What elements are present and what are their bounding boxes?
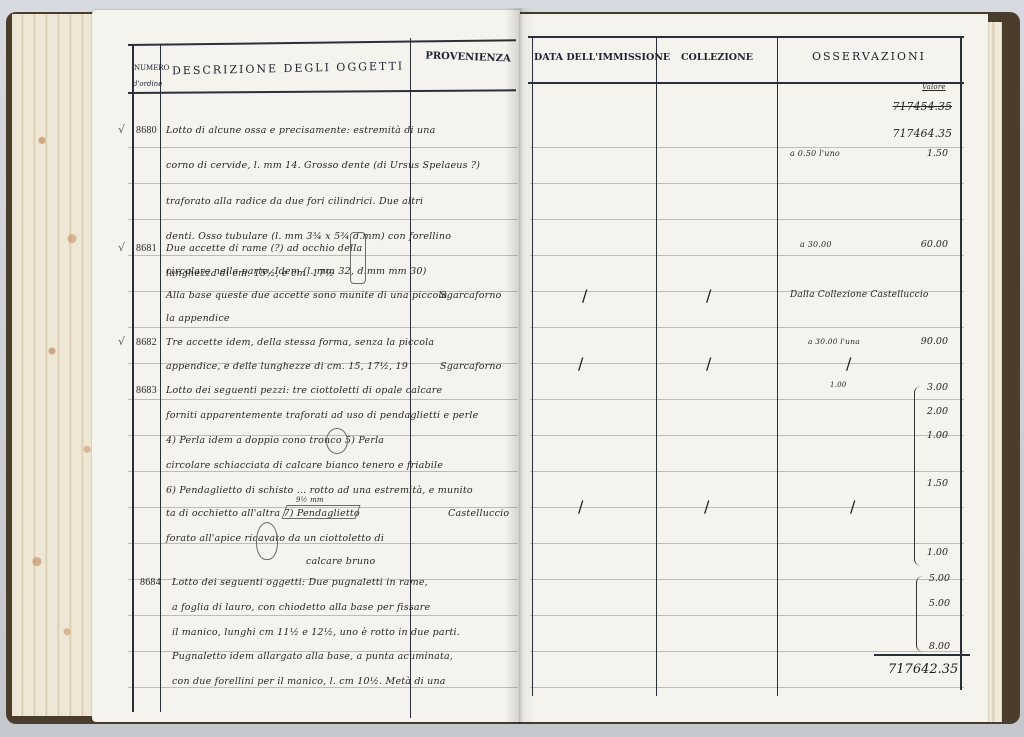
entry-line: Lotto dei seguenti pezzi: tre ciottolett… (166, 385, 442, 396)
check-mark: √ (118, 123, 125, 136)
entry-line: Lotto di alcune ossa e precisamente: est… (166, 125, 435, 136)
col-divider-collezione (656, 36, 657, 696)
check-mark: √ (118, 241, 125, 254)
row-amount: 1.00 (888, 547, 948, 558)
header-collezione: COLLEZIONE (658, 52, 776, 63)
entry-line: il manico, lunghi cm 11½ e 12½, uno è ro… (172, 627, 460, 638)
entry-line: 4) Perla idem a doppio cono tronco 5) Pe… (166, 435, 384, 446)
ditto-mark-data: / (578, 354, 583, 373)
entry-line: calcare bruno (306, 556, 375, 567)
carried-total-struck: 717454.35 (892, 100, 952, 113)
row-note: Dalla Collezione Castelluccio (790, 290, 929, 300)
header-d-ordine: d'ordine (133, 80, 161, 88)
entry-line: forniti apparentemente traforati ad uso … (166, 410, 478, 421)
entry-line: circolare schiacciata di calcare bianco … (166, 460, 443, 471)
entry-line: lunghezza di cm. 15½, e cm. 17½ (166, 268, 334, 279)
header-bottom-rule-right (528, 82, 964, 84)
entry-number: 8681 (136, 243, 157, 254)
col-divider-provenienza (410, 38, 411, 718)
header-data-immissione: DATA DELL'IMMISSIONE (534, 52, 654, 63)
entry-line: Lotto dei seguenti oggetti: Due pugnalet… (172, 577, 428, 588)
axe-sketch (350, 232, 366, 284)
row-note: a 30.00 l'una (808, 337, 860, 346)
row-note: a 0.50 l'uno (790, 149, 840, 158)
entry-line: la appendice (166, 313, 230, 324)
ditto-mark-collezione: / (706, 286, 711, 305)
entry-number: 8684 (140, 577, 161, 588)
check-mark: √ (118, 335, 125, 348)
entry-line: appendice, e delle lunghezze di cm. 15, … (166, 361, 408, 372)
grouping-brace (914, 386, 921, 566)
col-divider-numero (160, 44, 161, 712)
ditto-mark-collezione: / (706, 354, 711, 373)
left-outer-border (132, 44, 134, 712)
carried-total: 717464.35 (892, 127, 952, 140)
entry-line: traforato alla radice da due fori cilind… (166, 196, 423, 207)
header-numero: NUMERO (134, 64, 160, 72)
entry-line: Tre accette idem, della stessa forma, se… (166, 337, 434, 348)
row-amount: 90.00 (888, 336, 948, 347)
col-divider-osservazioni (777, 36, 778, 696)
ditto-mark-data: / (582, 286, 587, 305)
entry-number: 8680 (136, 125, 157, 136)
header-top-rule-right (528, 36, 964, 38)
entry-line: 6) Pendaglietto di schisto ... rotto ad … (166, 485, 473, 496)
pendant-drop-sketch (256, 522, 278, 560)
provenienza-value: Sgarcaforno (440, 361, 502, 372)
sketch-dimension-label: 9½ mm (296, 496, 324, 504)
entry-number: 8682 (136, 337, 157, 348)
ditto-mark-data: / (578, 497, 583, 516)
entry-line: a foglia di lauro, con chiodetto alla ba… (172, 602, 430, 613)
ditto-mark-osservazioni: / (850, 497, 855, 516)
entry-line: Pugnaletto idem allargato alla base, a p… (172, 651, 453, 662)
entry-line: Alla base queste due accette sono munite… (166, 290, 448, 301)
pendant-sketch (281, 505, 360, 519)
sum-rule (874, 654, 970, 656)
grouping-brace (916, 576, 923, 652)
col-divider-data (532, 36, 533, 696)
entry-line: corno di cervide, l. mm 14. Grosso dente… (166, 160, 480, 171)
entry-line: denti. Osso tubulare (l. mm 3¾ x 5¾ d.mm… (166, 231, 451, 242)
right-outer-border (960, 36, 962, 690)
entry-line: Due accette di rame (?) ad occhio della (166, 243, 362, 254)
bead-sketch (326, 428, 348, 454)
row-note: a 30.00 (800, 240, 832, 249)
entry-line: con due forellini per il manico, l. cm 1… (172, 676, 446, 687)
ditto-mark-osservazioni: / (846, 354, 851, 373)
ditto-mark-collezione: / (704, 497, 709, 516)
provenienza-value: Castelluccio (448, 508, 509, 519)
row-amount: 60.00 (888, 239, 948, 250)
header-osservazioni: OSSERVAZIONI (780, 50, 958, 63)
provenienza-value: Sgarcaforno (440, 290, 502, 301)
final-total: 717642.35 (888, 662, 958, 677)
row-note: 1.00 (830, 381, 846, 389)
row-amount: 1.50 (888, 148, 948, 159)
valore-label: Valore (922, 83, 946, 91)
entry-number: 8683 (136, 385, 157, 396)
